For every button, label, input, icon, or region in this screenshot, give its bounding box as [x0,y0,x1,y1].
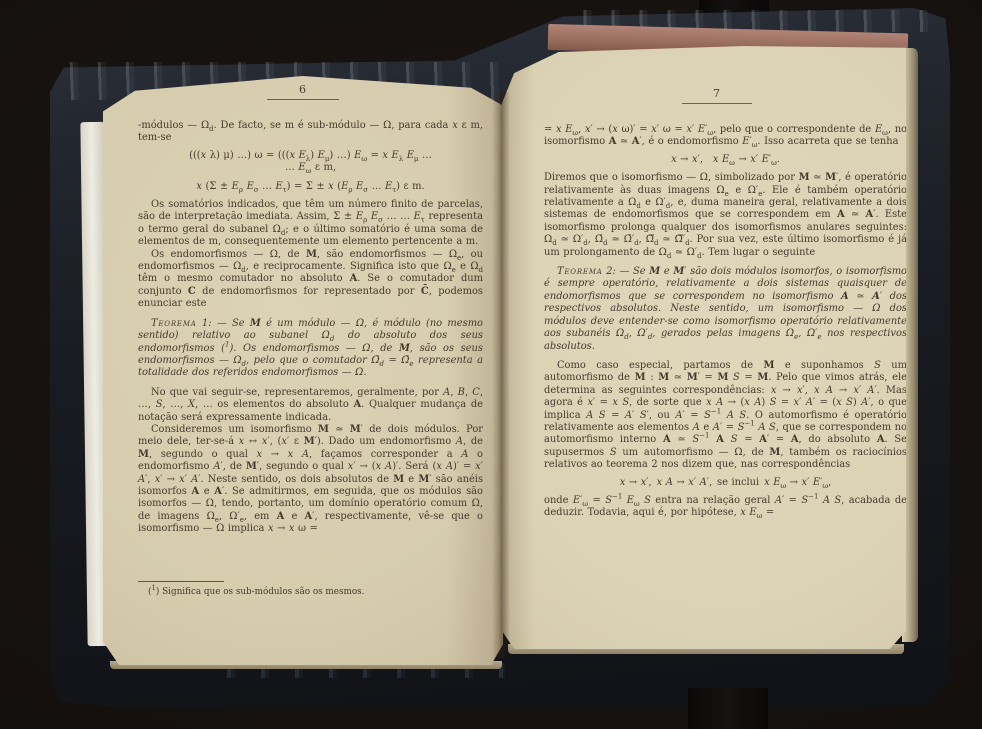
page-left: 6 -módulos — Ωd. De facto, se m é sub-mó… [103,76,503,665]
footnote: (1) Significa que os sub-módulos são os … [138,587,483,598]
footnote-block: (1) Significa que os sub-módulos são os … [138,581,483,598]
footnote-rule [138,581,224,582]
paragraph: = x Eω, x′ → (x ω)′ = x′ ω = x′ E′ω, pel… [544,124,906,149]
theorem-paragraph: Teorema 2: — Se M e M′ são dois módulos … [544,266,906,353]
paragraph: onde E′ω = S−1 Eω S entra na relação ger… [544,495,906,520]
paragraph: No que vai seguir-se, representaremos, g… [138,387,483,424]
formula: x → x′, x Eω → x′ E′ω. [544,154,906,166]
right-text-column: = x Eω, x′ → (x ω)′ = x′ ω = x′ E′ω, pel… [544,124,906,520]
paragraph: Os endomorfismos — Ω, de M, são endomorf… [138,249,483,311]
theorem-paragraph: Teorema 1: — Se M é um módulo — Ω, é mód… [138,318,483,380]
page-number-left: 6 [267,83,339,100]
left-text-column: -módulos — Ωd. De facto, se m é sub-módu… [138,120,483,536]
paragraph: Os somatórios indicados, que têm um núme… [138,199,483,249]
paragraph: Como caso especial, partamos de M e supo… [544,360,906,472]
photo-background: 6 -módulos — Ωd. De facto, se m é sub-mó… [0,0,982,729]
page-number-right: 7 [682,87,752,104]
formula: x (Σ ± Eρ Eσ … Eτ) = Σ ± x (Eρ Eσ … Eτ) … [138,181,483,193]
formula: (((x λ) μ) …) ω = (((x Eλ) Eμ) …) Eω = x… [138,150,483,175]
paragraph: -módulos — Ωd. De facto, se m é sub-módu… [138,120,483,145]
page-right: 7 = x Eω, x′ → (x ω)′ = x′ ω = x′ E′ω, p… [502,46,906,649]
paragraph: Consideremos um isomorfismo M ≃ M′ de do… [138,424,483,536]
paragraph: Diremos que o isomorfismo — Ω, simboliza… [544,172,906,259]
formula: x → x′, x A → x′ A′, se inclui x Eω → x′… [544,477,906,489]
book-stand-clamp-bottom [688,688,768,729]
